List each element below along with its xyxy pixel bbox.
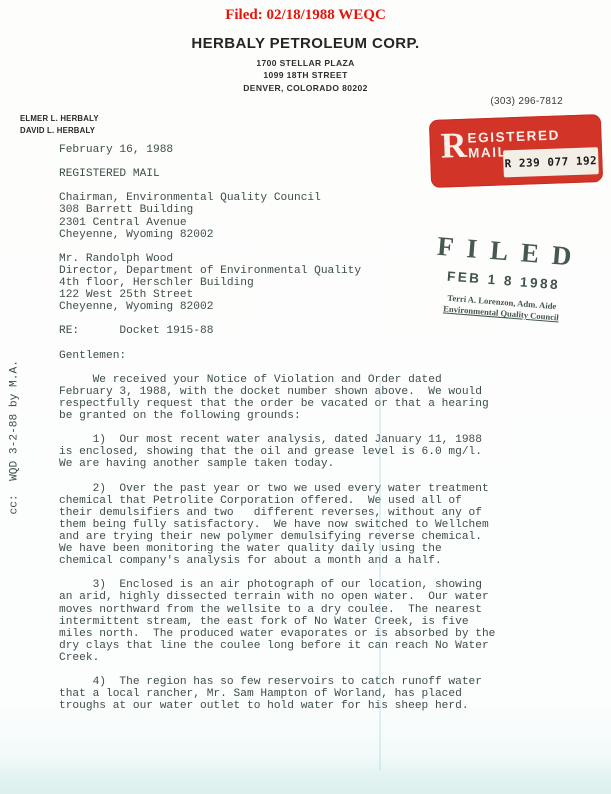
filed-date-header: Filed: 02/18/1988 WEQC [0, 7, 611, 24]
principal-name-1: ELMER L. HERBALY [20, 113, 99, 125]
letterhead-phone-number: (303) 296-7812 [490, 96, 563, 107]
registered-mail-number: R 239 077 192 [504, 154, 597, 170]
typewritten-letter-body: February 16, 1988 REGISTERED MAIL Chairm… [59, 144, 495, 712]
principal-name-2: DAVID L. HERBALY [20, 125, 99, 137]
cc-routing-sidenote: cc: WQD 3-2-88 by M.A. [9, 360, 25, 515]
letterhead-address-line-1: 1700 STELLAR PLAZA [0, 58, 611, 68]
letterhead-address-line-3: DENVER, COLORADO 80202 [0, 83, 611, 93]
letterhead-company-name: HERBALY PETROLEUM CORP. [0, 35, 611, 52]
letterhead-principals: ELMER L. HERBALY DAVID L. HERBALY [20, 113, 99, 137]
registered-mail-number-box: R 239 077 192 [503, 147, 599, 177]
scan-crease-artifact [379, 380, 381, 770]
scanned-letter-page: Filed: 02/18/1988 WEQC HERBALY PETROLEUM… [0, 0, 611, 794]
letterhead-address-line-2: 1099 18TH STREET [0, 70, 611, 80]
